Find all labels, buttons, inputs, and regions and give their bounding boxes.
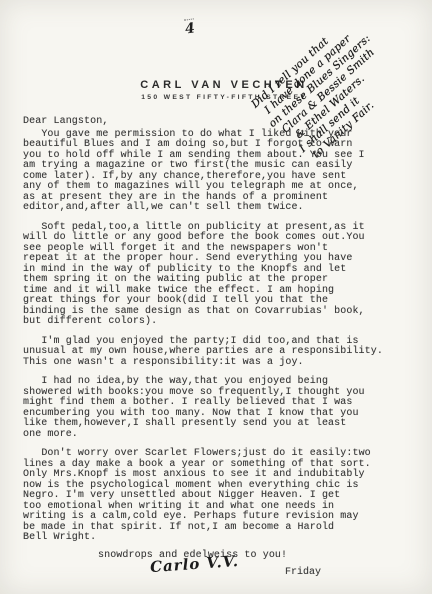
salutation: Dear Langston, — [23, 117, 395, 128]
paragraph-3: I'm glad you enjoyed the party;I did too… — [23, 337, 395, 369]
scanned-letter-page: 4 CARL VAN VECHTEN 150 WEST FIFTY-FIFTH … — [0, 0, 432, 594]
date-note: Friday — [285, 567, 321, 578]
letter-body: Dear Langston, You gave me permission to… — [23, 117, 395, 553]
paragraph-4: I had no idea,by the way,that you enjoye… — [23, 377, 395, 440]
paragraph-5: Don't worry over Scarlet Flowers;just do… — [23, 449, 395, 544]
paragraph-2: Soft pedal,too,a little on publicity at … — [23, 223, 395, 328]
paragraph-1: You gave me permission to do what I like… — [23, 130, 395, 214]
handwritten-page-number: 4 — [184, 18, 196, 37]
